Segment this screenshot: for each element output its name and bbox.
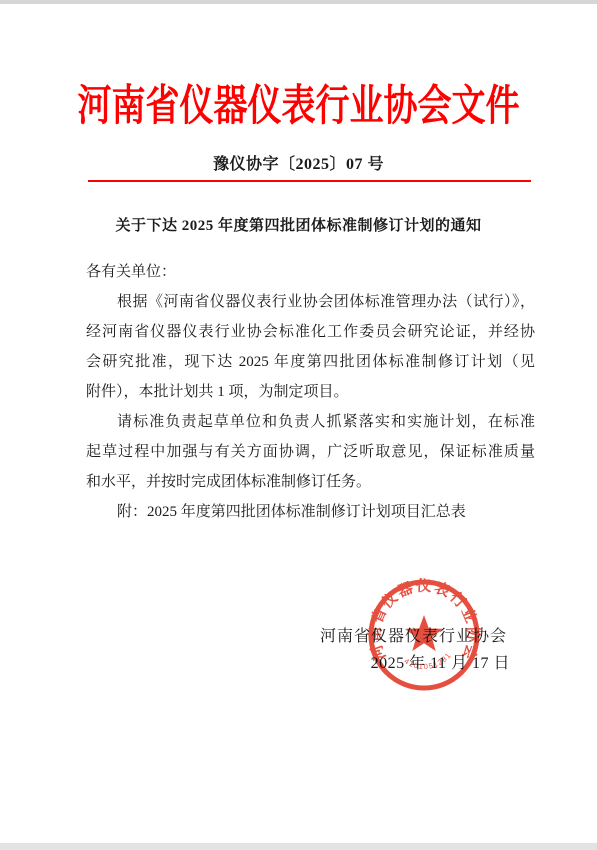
- body-line: 起草过程中加强与有关方面协调，广泛听取意见，保证标准质量: [86, 437, 535, 467]
- body-line-attachment: 附：2025 年度第四批团体标准制修订计划项目汇总表: [86, 497, 535, 527]
- seal-star-icon: [405, 615, 443, 651]
- red-divider-rule: [88, 180, 531, 182]
- org-header-title: 河南省仪器仪表行业协会文件: [0, 78, 597, 133]
- page-top-edge: [0, 0, 597, 4]
- official-seal: 河南省仪器仪表行业协会 4101051281: [354, 565, 494, 705]
- body-line-salutation: 各有关单位：: [86, 257, 535, 287]
- body-line: 根据《河南省仪器仪表行业协会团体标准管理办法（试行）》，: [86, 287, 535, 317]
- body-line: 附件），本批计划共 1 项，为制定项目。: [86, 377, 535, 407]
- body-line: 和水平，并按时完成团体标准制修订任务。: [86, 467, 535, 497]
- body-line: 会研究批准，现下达 2025 年度第四批团体标准制修订计划（见: [86, 347, 535, 377]
- body-text: 各有关单位： 根据《河南省仪器仪表行业协会团体标准管理办法（试行）》， 经河南省…: [86, 257, 535, 527]
- body-line: 经河南省仪器仪表行业协会标准化工作委员会研究论证，并经协: [86, 317, 535, 347]
- body-line: 请标准负责起草单位和负责人抓紧落实和实施计划，在标准: [86, 407, 535, 437]
- seal-serial-number: 4101051281: [403, 650, 454, 671]
- doc-title: 关于下达 2025 年度第四批团体标准制修订计划的通知: [0, 215, 597, 237]
- official-document-page: 河南省仪器仪表行业协会文件 豫仪协字〔2025〕07 号 关于下达 2025 年…: [0, 0, 597, 850]
- page-bottom-edge: [0, 843, 597, 850]
- doc-number: 豫仪协字〔2025〕07 号: [0, 155, 597, 175]
